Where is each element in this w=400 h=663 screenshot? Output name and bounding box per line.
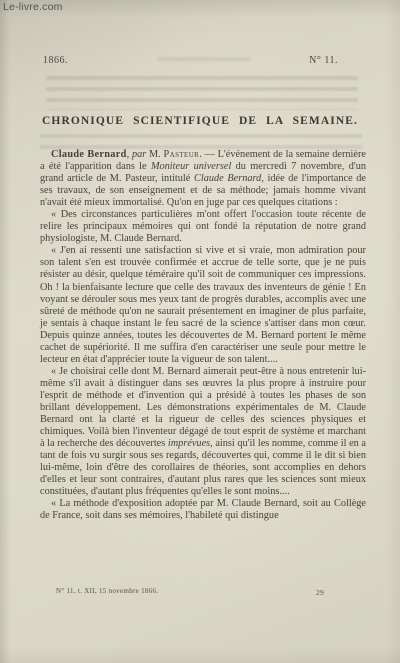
text-segment: Claude Bernard: [194, 173, 261, 184]
paragraph: « La méthode d'exposition adoptée par M.…: [40, 498, 366, 522]
scanned-journal-page: Le-livre.com 1866. N° 11. CHRONIQUE SCIE…: [0, 0, 400, 663]
text-segment: par: [132, 149, 146, 160]
text-segment: Claude Bernard: [51, 149, 127, 160]
text-segment: imprévues: [168, 438, 210, 449]
watermark: Le-livre.com: [3, 1, 63, 13]
paragraph: « Je choisirai celle dont M. Bernard aim…: [40, 366, 366, 499]
paragraph: « J'en ai ressenti une satisfaction si v…: [40, 245, 366, 365]
paragraph: « Des circonstances particulières m'ont …: [40, 209, 366, 245]
masthead: 1866. N° 11.: [43, 55, 338, 66]
text-segment: « J'en ai ressenti une satisfaction si v…: [40, 245, 366, 364]
footer-page-number: 29: [316, 588, 324, 597]
text-segment: Moniteur universel: [151, 161, 231, 172]
paragraph: Claude Bernard, par M. Pasteur. — L'évén…: [40, 149, 366, 209]
ink-bleed-through: [46, 76, 358, 110]
footer-reference: N° 11, t. XII, 15 novembre 1866.: [56, 587, 158, 595]
masthead-year: 1866.: [43, 55, 68, 66]
masthead-issue-number: N° 11.: [309, 55, 338, 66]
footer: N° 11, t. XII, 15 novembre 1866. 29: [0, 587, 400, 599]
text-segment: M.: [146, 149, 163, 160]
article-body: Claude Bernard, par M. Pasteur. — L'évén…: [40, 149, 366, 522]
text-segment: « Je choisirai celle dont M. Bernard aim…: [40, 366, 366, 449]
text-segment: Pasteur: [163, 149, 199, 160]
text-segment: « La méthode d'exposition adoptée par M.…: [40, 498, 366, 521]
page-title: CHRONIQUE SCIENTIFIQUE DE LA SEMAINE.: [0, 115, 400, 127]
text-segment: « Des circonstances particulières m'ont …: [40, 209, 366, 244]
